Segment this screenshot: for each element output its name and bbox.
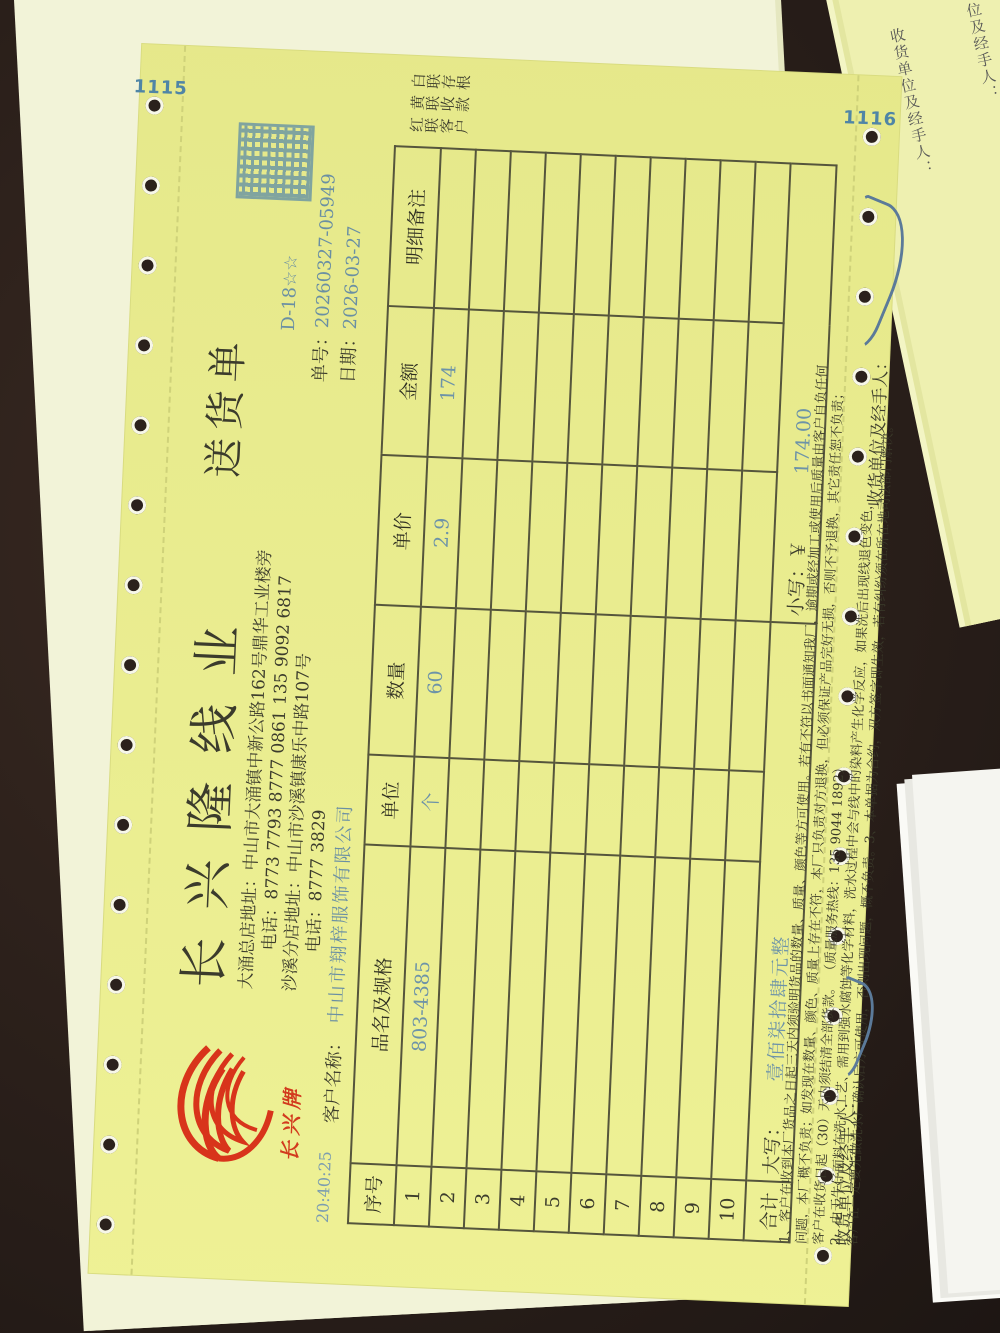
row-unit (480, 760, 519, 851)
row-index: 7 (604, 1174, 642, 1235)
background-paper-stack-white (912, 766, 1000, 1293)
column-header-amount: 金额 (381, 306, 433, 458)
row-unit (655, 767, 694, 858)
copy-label-red: 红联客户 (408, 114, 469, 139)
order-date-value: 2026-03-27 (340, 225, 366, 330)
row-index: 3 (464, 1168, 502, 1229)
row-index: 10 (709, 1179, 747, 1240)
row-index: 9 (674, 1177, 712, 1238)
form-code: D-18☆☆ (278, 254, 302, 331)
order-date-label: 日期： (338, 329, 361, 384)
stamp-number: 1116 (843, 107, 898, 130)
document-title: 送货单 (191, 333, 254, 479)
copy-label-white: 白联存根 (410, 70, 471, 95)
copy-label-yellow: 黄联收款 (409, 92, 470, 117)
row-index: 6 (569, 1173, 607, 1234)
branch-store-phone-value: 8777 3829 (306, 809, 330, 902)
column-header-index: 序号 (348, 1163, 397, 1225)
branch-store-phone-label: 电话： (304, 901, 326, 953)
row-unit (725, 770, 764, 861)
row-unit (445, 758, 484, 849)
row-index: 4 (499, 1170, 537, 1231)
customer-name-label: 客户名称： (321, 1033, 346, 1124)
customer-name-value: 中山市翔梓服饰有限公司 (326, 803, 357, 1024)
order-date: 日期：2026-03-27 (334, 225, 367, 384)
brand-name-small: 长兴牌 (274, 1083, 306, 1162)
row-index: 5 (534, 1171, 572, 1232)
row-index: 1 (394, 1165, 432, 1226)
column-header-unit: 单位 (364, 754, 414, 846)
order-number-value: 20260327-05949 (312, 173, 340, 329)
items-table: 序号 品名及规格 单位 数量 单价 金额 明细备注 1 803-4385 个 6… (347, 145, 838, 1243)
copy-labels: 白联存根 黄联收款 红联客户 (408, 70, 511, 140)
column-header-unit-price: 单价 (375, 455, 427, 607)
row-unit (585, 764, 624, 855)
row-unit (690, 769, 729, 860)
background-receiver-label: 收货单位及经手人： (952, 0, 1000, 104)
delivery-note: 1115 1116 长兴牌 长兴隆线业 送货单 大涌总店地址：中山市大涌镇中新公… (89, 44, 902, 1306)
delivery-note-photo: 1115 1116 长兴牌 长兴隆线业 送货单 大涌总店地址：中山市大涌镇中新公… (40, 40, 840, 1333)
brand-logo-icon (163, 1036, 279, 1171)
row-index: 8 (639, 1176, 677, 1237)
qr-code-icon (236, 122, 315, 201)
order-number-label: 单号： (310, 328, 333, 383)
row-unit (550, 763, 589, 854)
row-unit: 个 (410, 756, 449, 847)
print-time: 20:40:25 (313, 1151, 335, 1224)
row-index: 2 (429, 1167, 467, 1228)
row-unit (515, 761, 554, 852)
stamp-number: 1115 (133, 76, 188, 99)
column-header-note: 明细备注 (388, 146, 441, 308)
column-header-quantity: 数量 (368, 605, 420, 757)
row-unit (620, 766, 659, 857)
